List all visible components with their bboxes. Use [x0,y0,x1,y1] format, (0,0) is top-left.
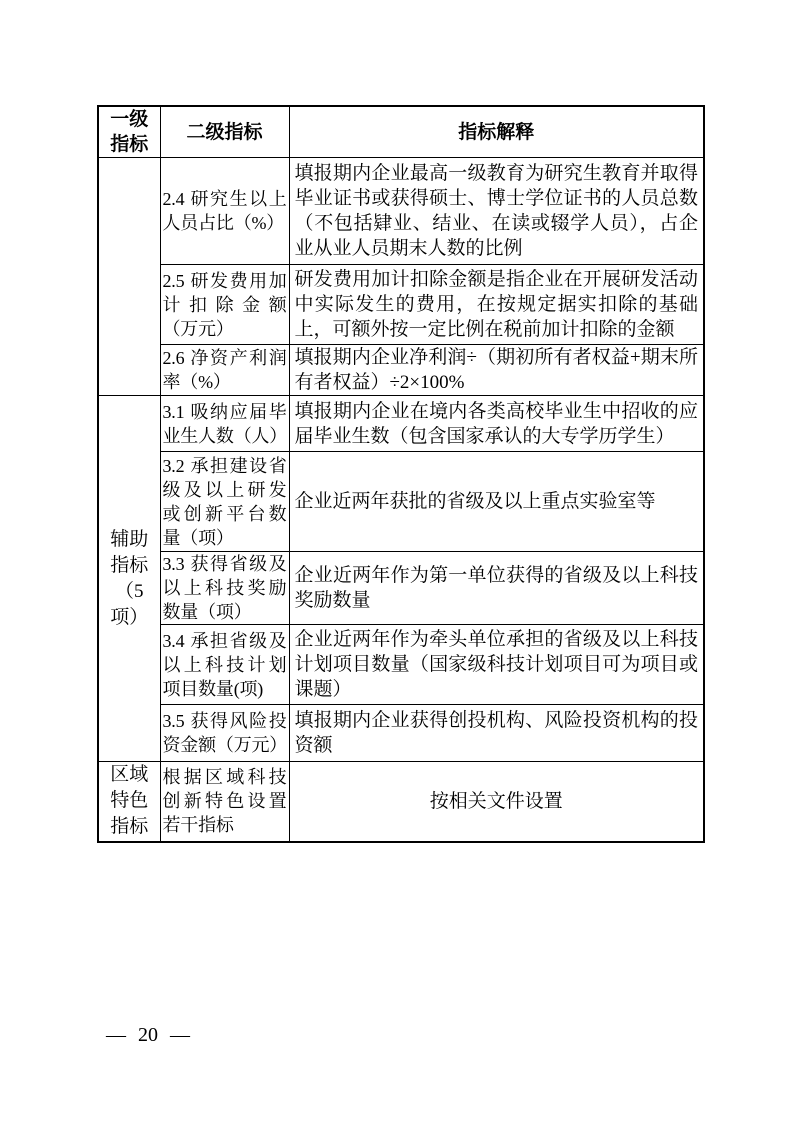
header-primary-indicator: 一级指标 [98,106,160,158]
table-row-3-1: 辅助指标（5项） 3.1 吸纳应届毕业生人数（人） 填报期内企业在境内各类高校毕… [98,396,704,452]
explanation-cell-3-3: 企业近两年作为第一单位获得的省级及以上科技奖励数量 [289,552,704,625]
secondary-cell-3-4: 3.4 承担省级及以上科技计划项目数量(项) [160,625,289,705]
explanation-cell-3-4: 企业近两年作为牵头单位承担的省级及以上科技计划项目数量（国家级科技计划项目可为项… [289,625,704,705]
page-number: — 20 — [106,1022,190,1048]
explanation-cell-regional: 按相关文件设置 [289,762,704,842]
table-row-3-3: 3.3 获得省级及以上科技奖励数量（项） 企业近两年作为第一单位获得的省级及以上… [98,552,704,625]
explanation-cell-3-5: 填报期内企业获得创投机构、风险投资机构的投资额 [289,705,704,762]
indicator-table: 一级指标 二级指标 指标解释 2.4 研究生以上人员占比（%） 填报期内企业最高… [97,105,705,843]
secondary-cell-regional: 根据区域科技创新特色设置若干指标 [160,762,289,842]
header-indicator-explanation: 指标解释 [289,106,704,158]
secondary-cell-2-4: 2.4 研究生以上人员占比（%） [160,158,289,265]
table-row-3-5: 3.5 获得风险投资金额（万元） 填报期内企业获得创投机构、风险投资机构的投资额 [98,705,704,762]
document-page: 一级指标 二级指标 指标解释 2.4 研究生以上人员占比（%） 填报期内企业最高… [0,0,793,1122]
primary-cell-auxiliary-indicators: 辅助指标（5项） [98,396,160,762]
table-header-row: 一级指标 二级指标 指标解释 [98,106,704,158]
primary-cell-regional-indicators: 区域特色指标 [98,762,160,842]
table-row-2-6: 2.6 净资产利润率（%） 填报期内企业净利润÷（期初所有者权益+期末所有者权益… [98,345,704,396]
table-row-2-4: 2.4 研究生以上人员占比（%） 填报期内企业最高一级教育为研究生教育并取得毕业… [98,158,704,265]
table-row-regional: 区域特色指标 根据区域科技创新特色设置若干指标 按相关文件设置 [98,762,704,842]
secondary-cell-3-3: 3.3 获得省级及以上科技奖励数量（项） [160,552,289,625]
secondary-cell-2-5: 2.5 研发费用加计扣除金额（万元） [160,265,289,345]
explanation-cell-2-4: 填报期内企业最高一级教育为研究生教育并取得毕业证书或获得硕士、博士学位证书的人员… [289,158,704,265]
explanation-cell-2-5: 研发费用加计扣除金额是指企业在开展研发活动中实际发生的费用，在按规定据实扣除的基… [289,265,704,345]
explanation-cell-2-6: 填报期内企业净利润÷（期初所有者权益+期末所有者权益）÷2×100% [289,345,704,396]
explanation-cell-3-1: 填报期内企业在境内各类高校毕业生中招收的应届毕业生数（包含国家承认的大专学历学生… [289,396,704,452]
explanation-cell-3-2: 企业近两年获批的省级及以上重点实验室等 [289,452,704,552]
table-row-3-4: 3.4 承担省级及以上科技计划项目数量(项) 企业近两年作为牵头单位承担的省级及… [98,625,704,705]
secondary-cell-3-5: 3.5 获得风险投资金额（万元） [160,705,289,762]
table-row-3-2: 3.2 承担建设省级及以上研发或创新平台数量（项） 企业近两年获批的省级及以上重… [98,452,704,552]
secondary-cell-3-2: 3.2 承担建设省级及以上研发或创新平台数量（项） [160,452,289,552]
primary-cell-continued [98,158,160,396]
table-row-2-5: 2.5 研发费用加计扣除金额（万元） 研发费用加计扣除金额是指企业在开展研发活动… [98,265,704,345]
secondary-cell-2-6: 2.6 净资产利润率（%） [160,345,289,396]
secondary-cell-3-1: 3.1 吸纳应届毕业生人数（人） [160,396,289,452]
header-secondary-indicator: 二级指标 [160,106,289,158]
